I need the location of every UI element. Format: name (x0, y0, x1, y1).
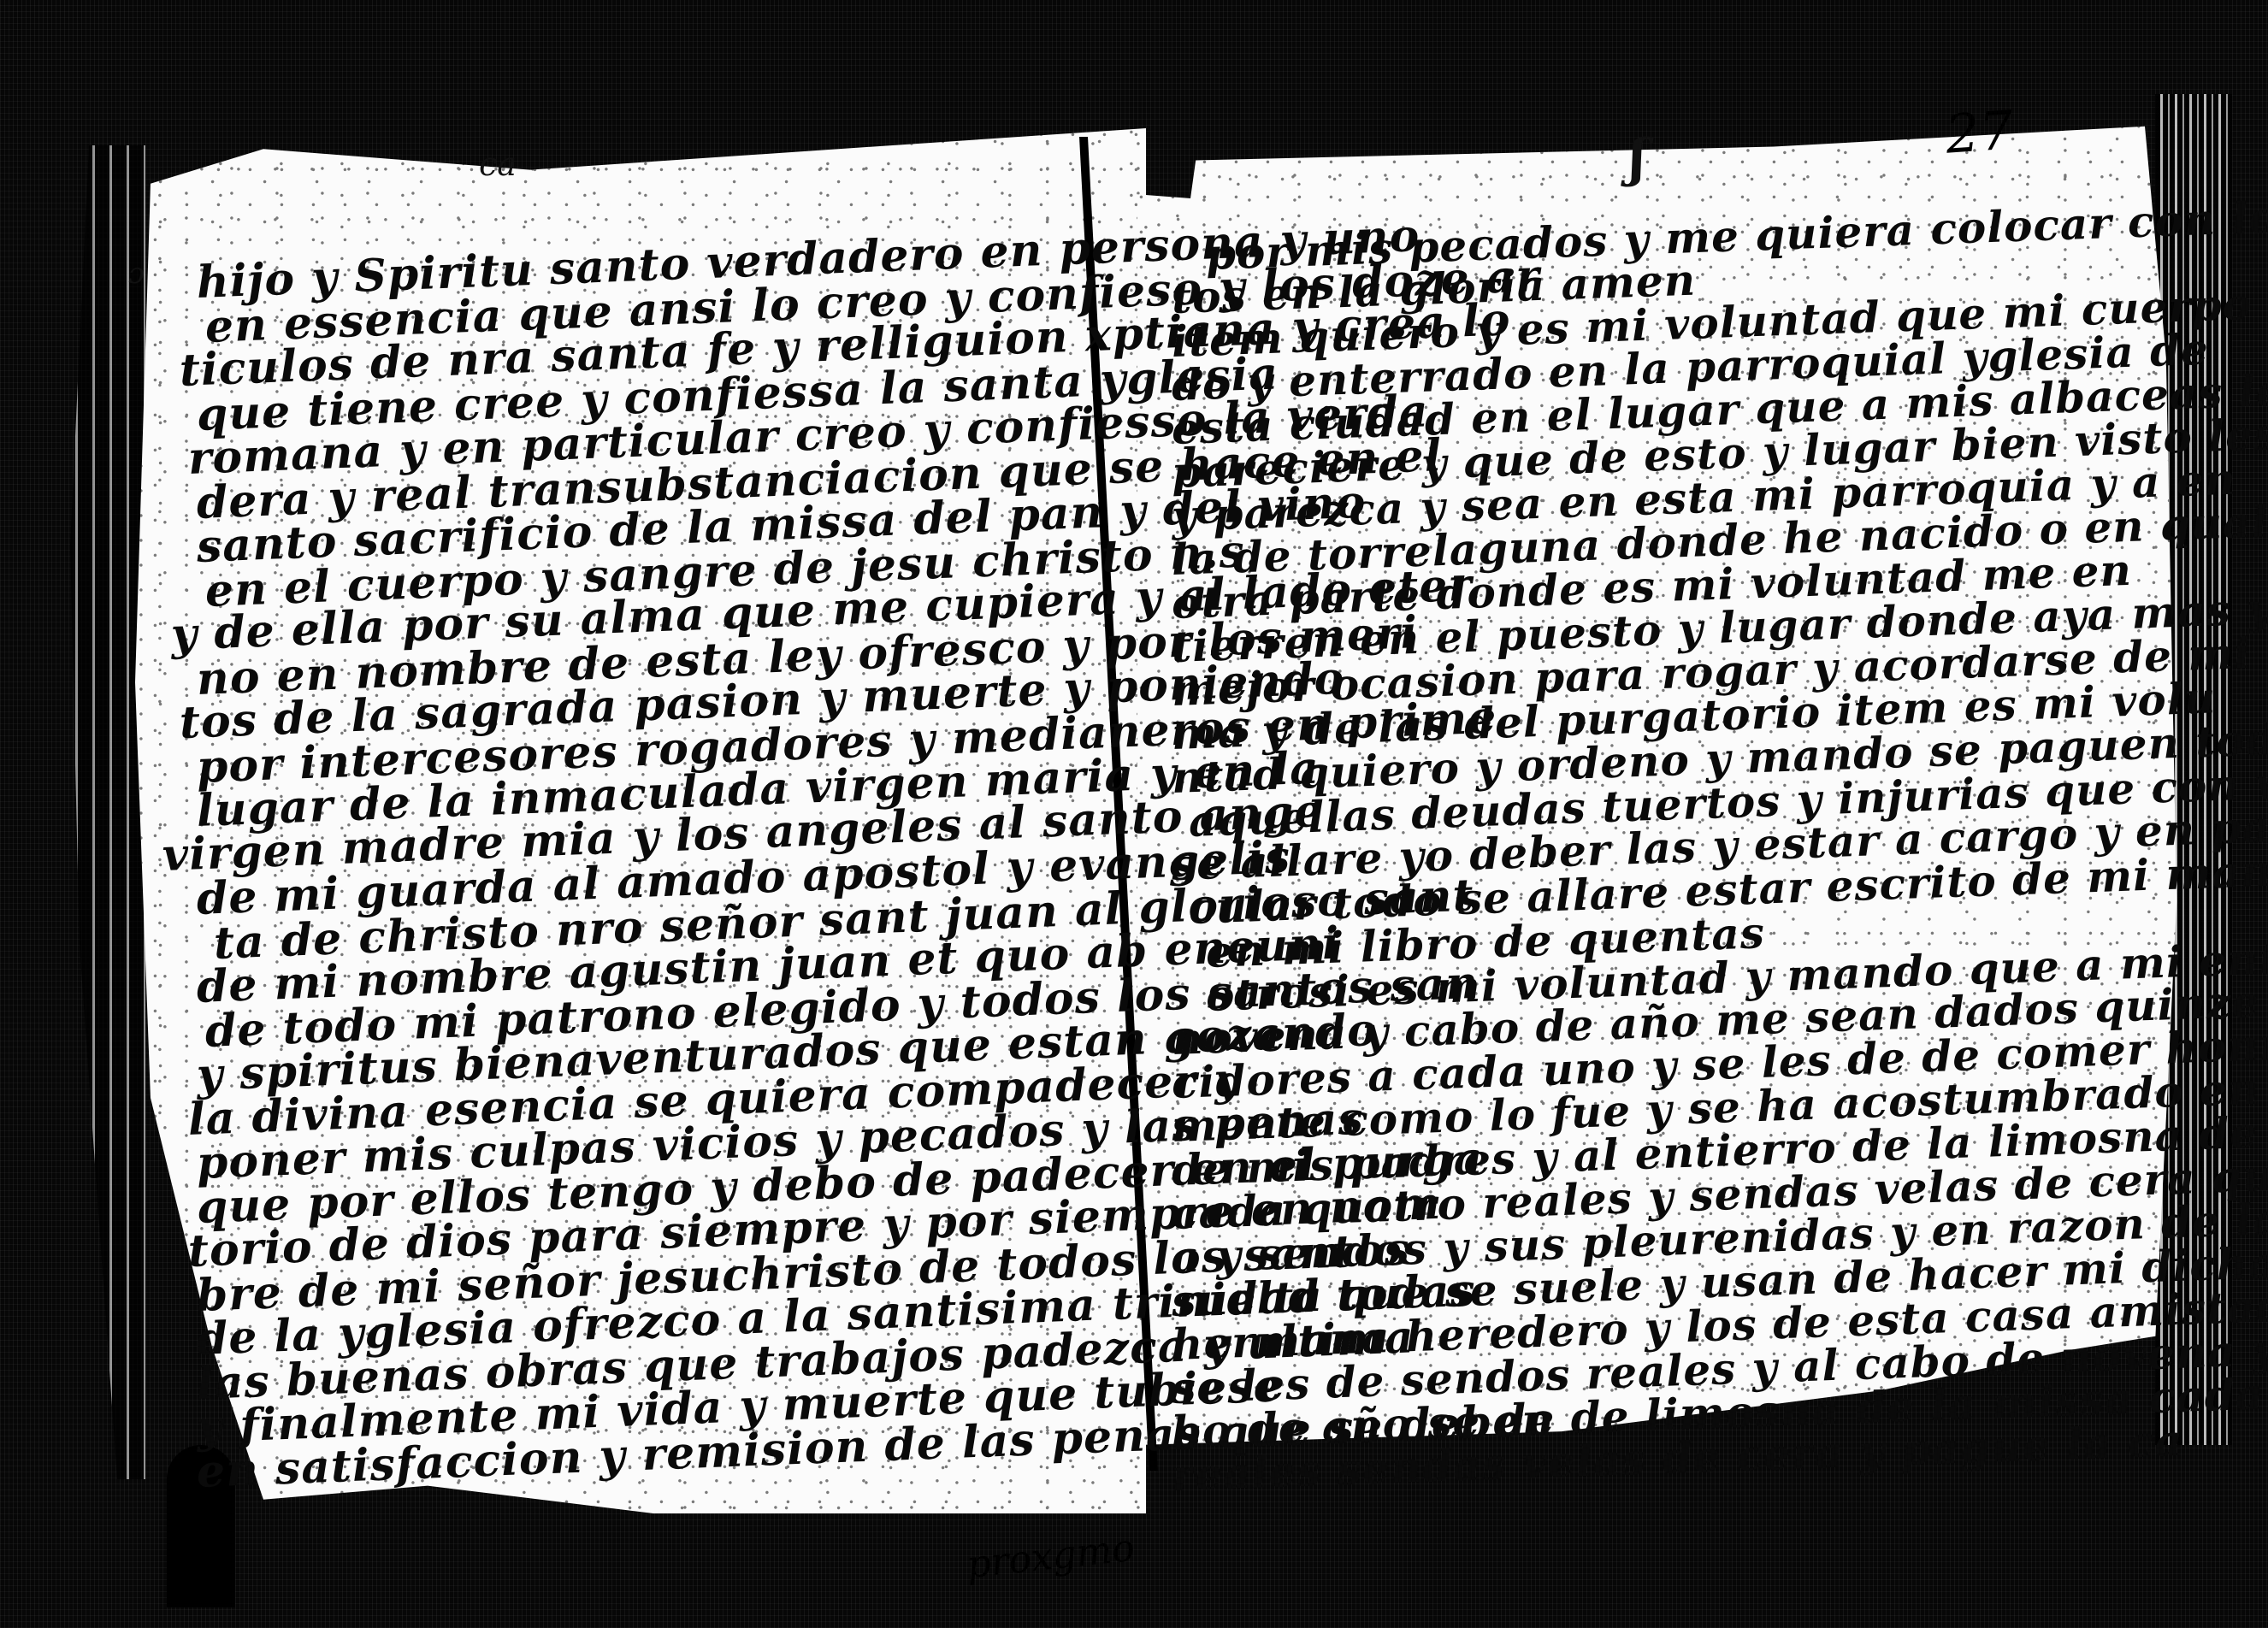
left-page-header-mark: ca (479, 145, 517, 183)
right-page-header-mark: ʃ (1629, 128, 1646, 188)
folio-number: 27 (1944, 98, 2016, 165)
left-margin-note: ɔ (128, 257, 145, 291)
